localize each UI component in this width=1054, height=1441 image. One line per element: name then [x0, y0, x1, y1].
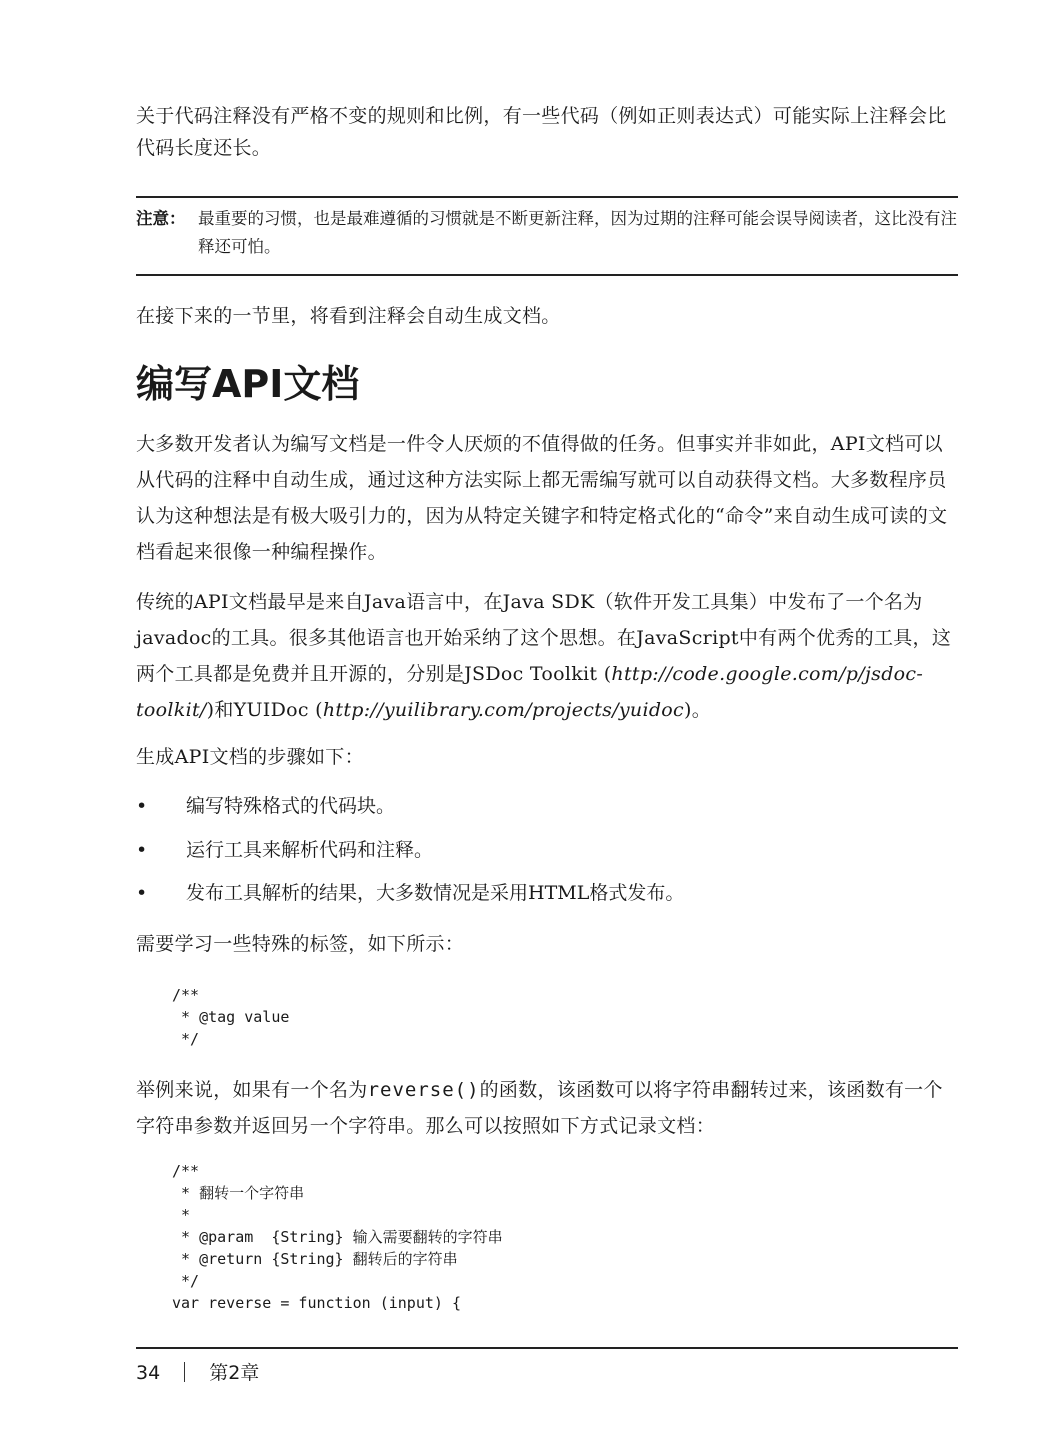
paragraph-reverse-example: 举例来说，如果有一个名为reverse()的函数，该函数可以将字符串翻转过来，该… — [136, 1072, 958, 1144]
inline-code-reverse: reverse() — [368, 1079, 480, 1101]
para4-text-c: )。 — [684, 699, 711, 721]
section-heading: 编写API文档 — [136, 362, 958, 406]
note-label: 注意： — [136, 205, 186, 233]
note-bottom-rule — [136, 274, 958, 276]
chapter-label: 第2章 — [209, 1362, 259, 1384]
paragraph-comment-ratio: 关于代码注释没有严格不变的规则和比例，有一些代码（例如正则表达式）可能实际上注释… — [136, 100, 958, 164]
note-text: 最重要的习惯，也是最难遵循的习惯就是不断更新注释，因为过期的注释可能会误导阅读者… — [198, 205, 958, 261]
yuidoc-link[interactable]: http://yuilibrary.com/projects/yuidoc — [323, 699, 684, 721]
bullet-icon: • — [136, 790, 147, 822]
paragraph-javadoc-history: 传统的API文档最早是来自Java语言中，在Java SDK（软件开发工具集）中… — [136, 584, 958, 728]
note-box: 注意： 最重要的习惯，也是最难遵循的习惯就是不断更新注释，因为过期的注释可能会误… — [136, 205, 958, 265]
page-number: 34 — [136, 1362, 160, 1384]
note-top-rule — [136, 196, 958, 198]
code-block-reverse-doc: /** * 翻转一个字符串 * * @param {String} 输入需要翻转… — [172, 1160, 994, 1314]
paragraph-steps-intro: 生成API文档的步骤如下： — [136, 741, 958, 773]
bullet-icon: • — [136, 834, 147, 866]
para7-text-a: 举例来说，如果有一个名为 — [136, 1079, 368, 1101]
page-footer: 34第2章 — [136, 1360, 259, 1386]
footer-separator — [184, 1362, 185, 1382]
list-item-text: 发布工具解析的结果，大多数情况是采用HTML格式发布。 — [186, 877, 684, 909]
bullet-icon: • — [136, 877, 147, 909]
paragraph-tags-intro: 需要学习一些特殊的标签，如下所示： — [136, 928, 958, 960]
paragraph-next-section: 在接下来的一节里，将看到注释会自动生成文档。 — [136, 300, 958, 332]
code-block-tag-syntax: /** * @tag value */ — [172, 984, 994, 1050]
para4-text-b: )和YUIDoc ( — [207, 699, 323, 721]
list-item-text: 运行工具来解析代码和注释。 — [186, 834, 433, 866]
footer-rule — [136, 1347, 958, 1349]
paragraph-api-doc-intro: 大多数开发者认为编写文档是一件令人厌烦的不值得做的任务。但事实并非如此，API文… — [136, 426, 958, 570]
list-item-text: 编写特殊格式的代码块。 — [186, 790, 395, 822]
